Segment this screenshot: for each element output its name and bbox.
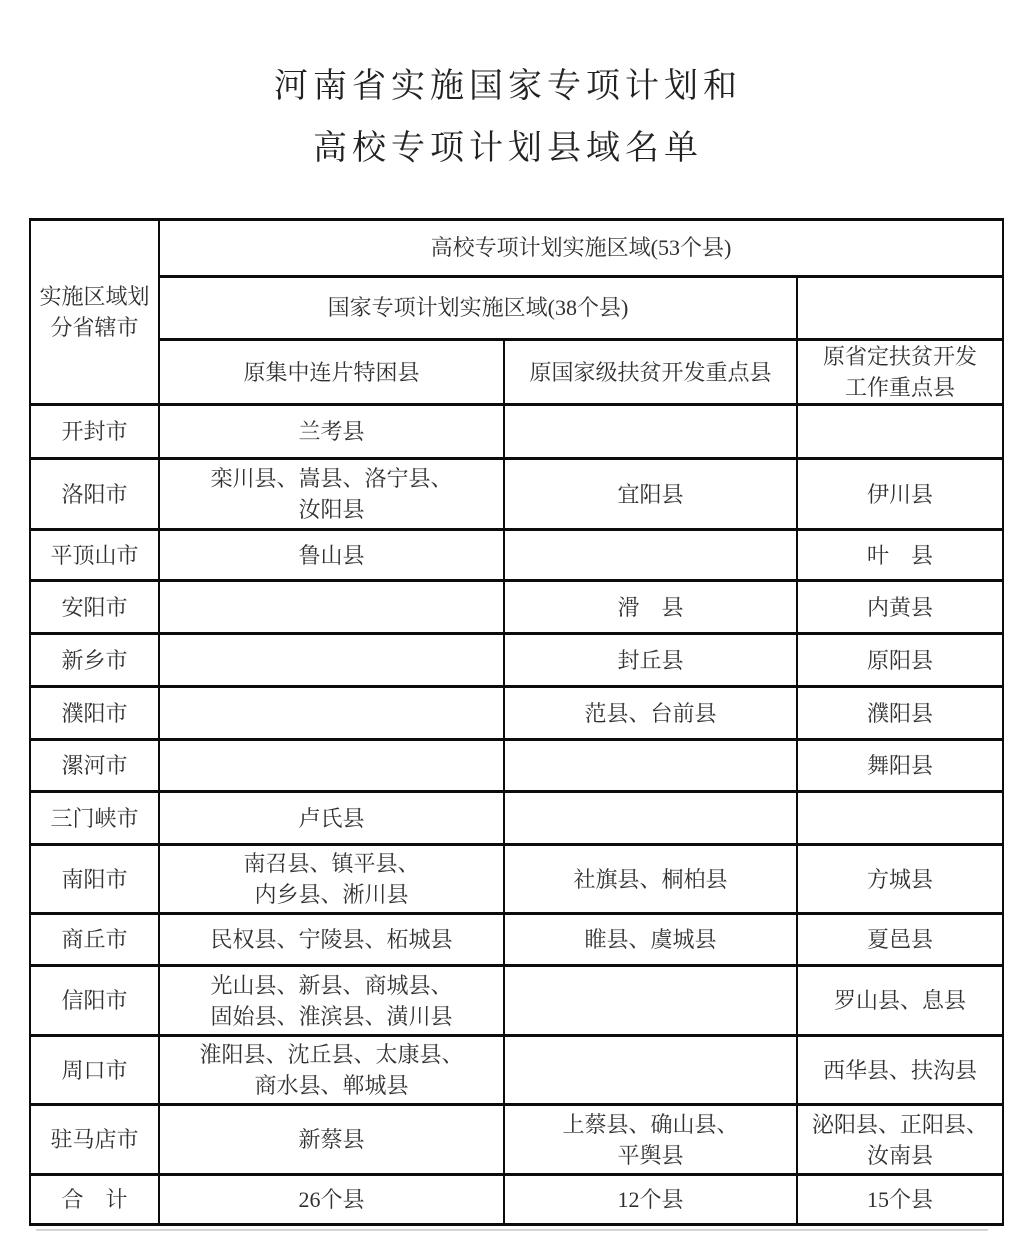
total-cell: 12个县 <box>504 1175 797 1225</box>
county-cell: 兰考县 <box>159 405 504 459</box>
table-row: 新乡市 封丘县 原阳县 <box>30 634 1003 687</box>
table-row: 信阳市 光山县、新县、商城县、 固始县、淮滨县、潢川县 罗山县、息县 <box>30 966 1003 1036</box>
county-cell: 新蔡县 <box>159 1105 504 1175</box>
county-cell: 睢县、虞城县 <box>504 914 797 966</box>
county-cell <box>504 1036 797 1105</box>
county-cell: 淮阳县、沈丘县、太康县、 商水县、郸城县 <box>159 1036 504 1105</box>
county-cell: 滑 县 <box>504 581 797 634</box>
total-row: 合 计 26个县 12个县 15个县 <box>30 1175 1003 1225</box>
title-line-1: 河南省实施国家专项计划和 <box>0 55 1016 117</box>
county-cell: 夏邑县 <box>797 914 1003 966</box>
table-row: 安阳市 滑 县 内黄县 <box>30 581 1003 634</box>
county-cell: 罗山县、息县 <box>797 966 1003 1036</box>
county-cell: 泌阳县、正阳县、 汝南县 <box>797 1105 1003 1175</box>
county-cell: 范县、台前县 <box>504 687 797 740</box>
guojia-header-cell: 国家专项计划实施区域(38个县) <box>159 277 797 340</box>
county-cell: 栾川县、嵩县、洛宁县、 汝阳县 <box>159 459 504 530</box>
total-cell: 26个县 <box>159 1175 504 1225</box>
scan-shadow-line <box>36 1229 988 1231</box>
county-cell: 鲁山县 <box>159 530 504 581</box>
table-row: 平顶山市 鲁山县 叶 县 <box>30 530 1003 581</box>
table-row: 驻马店市 新蔡县 上蔡县、确山县、 平舆县 泌阳县、正阳县、 汝南县 <box>30 1105 1003 1175</box>
column-header-guojiaji: 原国家级扶贫开发重点县 <box>504 340 797 405</box>
city-cell: 洛阳市 <box>30 459 159 530</box>
county-cell: 伊川县 <box>797 459 1003 530</box>
document-title: 河南省实施国家专项计划和 高校专项计划县域名单 <box>0 55 1016 179</box>
city-cell: 南阳市 <box>30 845 159 914</box>
county-cell <box>504 792 797 845</box>
column-header-shengding: 原省定扶贫开发 工作重点县 <box>797 340 1003 405</box>
county-cell <box>797 792 1003 845</box>
county-cell <box>159 581 504 634</box>
city-cell: 开封市 <box>30 405 159 459</box>
header-row-2: 国家专项计划实施区域(38个县) <box>30 277 1003 340</box>
city-cell: 平顶山市 <box>30 530 159 581</box>
city-cell: 信阳市 <box>30 966 159 1036</box>
table-row: 商丘市 民权县、宁陵县、柘城县 睢县、虞城县 夏邑县 <box>30 914 1003 966</box>
gaoxiao-header-cell: 高校专项计划实施区域(53个县) <box>159 220 1003 277</box>
county-cell <box>159 687 504 740</box>
table-row: 三门峡市 卢氏县 <box>30 792 1003 845</box>
county-cell: 封丘县 <box>504 634 797 687</box>
city-cell: 新乡市 <box>30 634 159 687</box>
table-row: 漯河市 舞阳县 <box>30 740 1003 792</box>
corner-header-cell: 实施区域划 分省辖市 <box>30 220 159 405</box>
county-cell: 民权县、宁陵县、柘城县 <box>159 914 504 966</box>
county-cell: 光山县、新县、商城县、 固始县、淮滨县、潢川县 <box>159 966 504 1036</box>
header-row-1: 实施区域划 分省辖市 高校专项计划实施区域(53个县) <box>30 220 1003 277</box>
county-cell: 方城县 <box>797 845 1003 914</box>
county-cell: 南召县、镇平县、 内乡县、淅川县 <box>159 845 504 914</box>
total-cell: 15个县 <box>797 1175 1003 1225</box>
county-cell: 社旗县、桐柏县 <box>504 845 797 914</box>
county-cell: 卢氏县 <box>159 792 504 845</box>
table-row: 南阳市 南召县、镇平县、 内乡县、淅川县 社旗县、桐柏县 方城县 <box>30 845 1003 914</box>
county-cell <box>504 966 797 1036</box>
county-cell <box>504 405 797 459</box>
county-cell: 濮阳县 <box>797 687 1003 740</box>
city-cell: 商丘市 <box>30 914 159 966</box>
county-cell: 原阳县 <box>797 634 1003 687</box>
county-cell <box>504 740 797 792</box>
county-list-table: 实施区域划 分省辖市 高校专项计划实施区域(53个县) 国家专项计划实施区域(3… <box>29 218 1004 1226</box>
table-row: 周口市 淮阳县、沈丘县、太康县、 商水县、郸城县 西华县、扶沟县 <box>30 1036 1003 1105</box>
county-cell: 舞阳县 <box>797 740 1003 792</box>
county-cell: 内黄县 <box>797 581 1003 634</box>
county-cell <box>159 740 504 792</box>
table-row: 开封市 兰考县 <box>30 405 1003 459</box>
county-cell: 西华县、扶沟县 <box>797 1036 1003 1105</box>
title-line-2: 高校专项计划县域名单 <box>0 117 1016 179</box>
table-row: 濮阳市 范县、台前县 濮阳县 <box>30 687 1003 740</box>
county-cell: 上蔡县、确山县、 平舆县 <box>504 1105 797 1175</box>
city-cell: 周口市 <box>30 1036 159 1105</box>
city-cell: 驻马店市 <box>30 1105 159 1175</box>
table-row: 洛阳市 栾川县、嵩县、洛宁县、 汝阳县 宜阳县 伊川县 <box>30 459 1003 530</box>
city-cell: 三门峡市 <box>30 792 159 845</box>
document-page: 河南省实施国家专项计划和 高校专项计划县域名单 实施区域划 分省辖市 高校专项计… <box>0 0 1016 1256</box>
county-cell <box>504 530 797 581</box>
county-cell <box>159 634 504 687</box>
county-cell: 宜阳县 <box>504 459 797 530</box>
city-cell: 濮阳市 <box>30 687 159 740</box>
header-row-3: 原集中连片特困县 原国家级扶贫开发重点县 原省定扶贫开发 工作重点县 <box>30 340 1003 405</box>
city-cell: 漯河市 <box>30 740 159 792</box>
column-header-pianqu: 原集中连片特困县 <box>159 340 504 405</box>
empty-header-cell <box>797 277 1003 340</box>
county-cell: 叶 县 <box>797 530 1003 581</box>
city-cell: 合 计 <box>30 1175 159 1225</box>
city-cell: 安阳市 <box>30 581 159 634</box>
county-cell <box>797 405 1003 459</box>
